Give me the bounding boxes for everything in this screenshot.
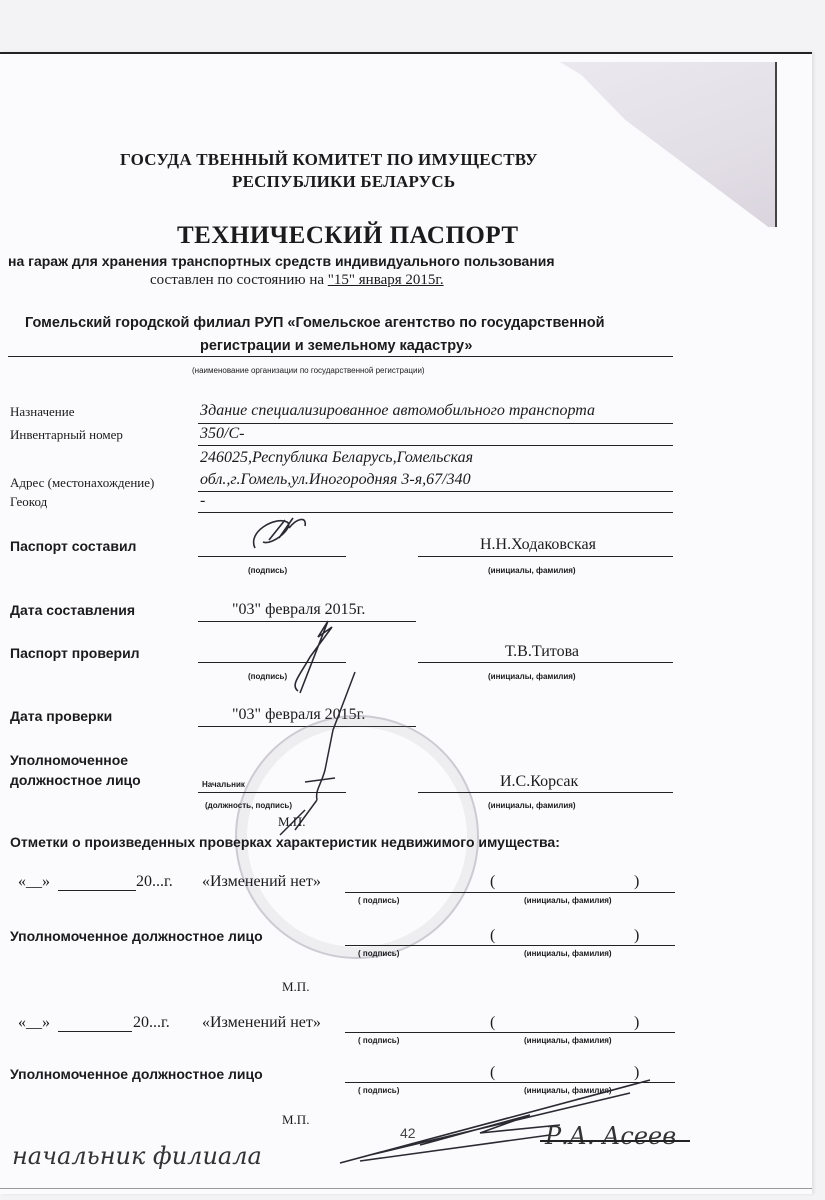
authorized-name-caption: (инициалы, фамилия) [488,801,576,810]
authorized-signature-caption: (должность, подпись) [205,801,292,810]
signature-line [345,945,675,946]
inspection-2-day: «__» [18,1014,50,1032]
authorized-name: И.С.Корсак [500,773,578,791]
organization-underline [8,356,673,357]
authorized-label-line1: Уполномоченное [10,752,128,768]
field-line [198,445,673,446]
inspection-2-status: «Изменений нет» [202,1014,321,1032]
inspection-1-official-signature-caption: ( подпись) [358,949,399,958]
state-date-line: составлен по состоянию на "15" января 20… [150,272,444,289]
name-line [418,556,673,557]
authorized-position: Начальник [202,780,245,789]
inspections-title: Отметки о произведенных проверках характ… [10,834,560,850]
name-line [418,792,673,793]
committee-name-line2: РЕСПУБЛИКИ БЕЛАРУСЬ [232,172,455,192]
compiled-by-label: Паспорт составил [10,538,136,554]
signature-line [198,662,346,663]
checker-name: Т.В.Титова [505,643,579,661]
name-line [418,662,673,663]
signature-line [198,556,346,557]
field-label-inventory: Инвентарный номер [10,427,123,443]
field-label-geocode: Геокод [10,494,47,510]
signature-line [198,792,346,793]
inspection-1-official-name-caption: (инициалы, фамилия) [524,949,612,958]
document-title: ТЕХНИЧЕСКИЙ ПАСПОРТ [177,222,519,250]
field-value-address: обл.,г.Гомель,ул.Иногородняя 3-я,67/340 [200,471,471,489]
authorized-label-line2: должностное лицо [10,772,141,788]
document-subtitle: на гараж для хранения транспортных средс… [8,253,555,269]
inspection-2-seal-mark: М.П. [282,1112,309,1128]
compiler-signature-caption: (подпись) [248,566,287,575]
inspection-2-signature-caption: ( подпись) [358,1036,399,1045]
checker-name-caption: (инициалы, фамилия) [488,672,576,681]
month-blank-line [58,1031,132,1032]
inspection-1-name-caption: (инициалы, фамилия) [524,896,612,905]
paren-close: ) [634,1014,639,1032]
page-number: 42 [400,1125,416,1141]
month-blank-line [58,890,136,891]
field-value-geocode: - [200,492,205,510]
paren-close: ) [634,927,639,945]
field-value-inventory: 350/С- [200,425,244,443]
state-date-prefix: составлен по состоянию на [150,272,324,288]
paren-open: ( [490,873,495,891]
signature-line [345,892,675,893]
inspection-1-official-label: Уполномоченное должностное лицо [10,928,263,944]
inspection-2-year: 20...г. [133,1014,170,1032]
footer-signature-icon [330,1075,660,1165]
field-label-address: Адрес (местонахождение) [10,475,154,491]
field-value-address-line1: 246025,Республика Беларусь,Гомельская [200,449,473,467]
field-value-purpose: Здание специализированное автомобильного… [200,402,595,420]
inspection-1-seal-mark: М.П. [282,979,309,995]
paren-open: ( [490,927,495,945]
compiled-date-label: Дата составления [10,602,135,618]
committee-name-line1: ГОСУДА ТВЕННЫЙ КОМИТЕТ ПО ИМУЩЕСТВУ [120,150,538,170]
compiler-name-caption: (инициалы, фамилия) [488,566,576,575]
inspection-1-signature-caption: ( подпись) [358,896,399,905]
field-line [198,423,673,424]
handwritten-strike [540,1140,690,1142]
organization-line2: регистрации и земельному кадастру» [200,338,472,354]
handwritten-name: Р.А. Асеев [545,1122,676,1150]
checked-by-label: Паспорт проверил [10,645,140,661]
field-line [198,491,673,492]
handwritten-position: начальник филиала [12,1142,262,1170]
compiler-signature-icon [245,512,315,554]
page-bottom-edge [0,1188,812,1189]
state-date: "15" января 2015г. [328,272,444,288]
inspection-1-day: «__» [18,873,50,891]
organization-caption: (наименование организации по государстве… [192,366,425,375]
compiler-name: Н.Н.Ходаковская [480,536,596,554]
inspection-2-official-label: Уполномоченное должностное лицо [10,1066,263,1082]
checked-date-label: Дата проверки [10,708,112,724]
organization-line1: Гомельский городской филиал РУП «Гомельс… [25,315,605,331]
paren-open: ( [490,1014,495,1032]
signature-line [345,1032,675,1033]
paren-close: ) [634,873,639,891]
inspection-1-status: «Изменений нет» [202,873,321,891]
authorized-seal-mark: М.П. [278,814,305,830]
field-label-purpose: Назначение [10,404,75,420]
inspection-2-name-caption: (инициалы, фамилия) [524,1036,612,1045]
inspection-1-year: 20...г. [136,873,173,891]
